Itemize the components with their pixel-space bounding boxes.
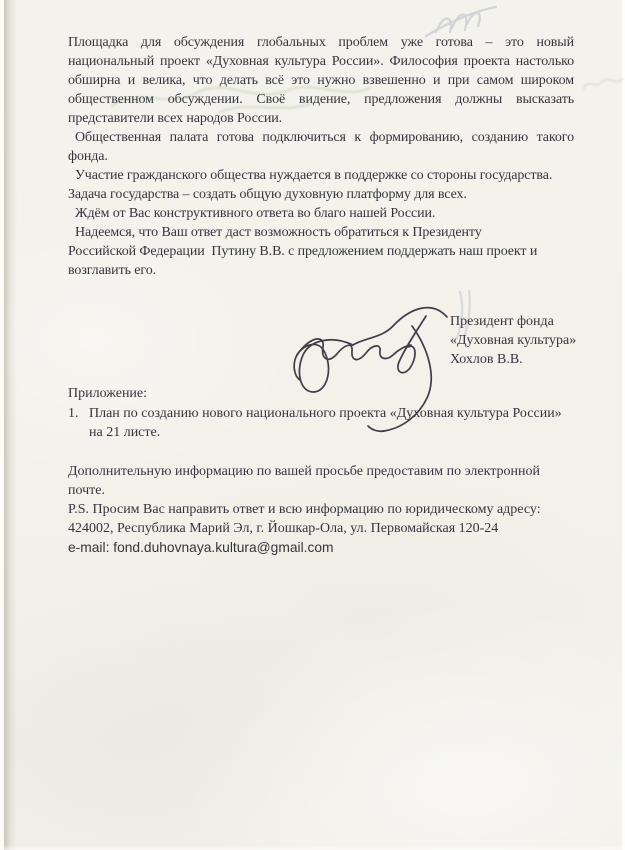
signer-fund-name: «Духовная культура»	[450, 331, 620, 350]
body-line: Российской Федерации Путину В.В. с предл…	[68, 242, 574, 261]
footer-line: Дополнительную информацию по вашей прось…	[68, 463, 588, 482]
body-line: обширна и велика, что делать всё это нуж…	[68, 71, 574, 90]
scan-bottom-edge	[0, 845, 625, 850]
body-line: представители всех народов России.	[68, 109, 574, 128]
body-line: Задача государства – создать общую духов…	[68, 185, 574, 204]
signature-block: Президент фонда «Духовная культура» Хохл…	[450, 312, 620, 370]
attachment-section: Приложение: 1. План по созданию нового н…	[68, 384, 588, 443]
body-line: Площадка для обсуждения глобальных пробл…	[68, 33, 574, 52]
page-left-fold-shadow	[4, 0, 17, 850]
attachment-item: 1. План по созданию нового национального…	[68, 404, 588, 424]
contact-block: Дополнительную информацию по вашей прось…	[68, 463, 588, 558]
body-line: общественном обсуждении. Своё видение, п…	[68, 90, 574, 109]
body-line: Ждём от Вас конструктивного ответа во бл…	[68, 204, 574, 223]
body-line: Надеемся, что Ваш ответ даст возможность…	[68, 223, 574, 242]
email-line: e-mail: fond.duhovnaya.kultura@gmail.com	[68, 539, 588, 558]
attachment-heading: Приложение:	[68, 384, 588, 404]
attachment-item-text: План по созданию нового национального пр…	[89, 404, 562, 424]
footer-line: P.S. Просим Вас направить ответ и всю ин…	[68, 501, 588, 520]
body-line: фонда.	[68, 147, 574, 166]
signer-role-line: Президент фонда	[450, 312, 620, 331]
body-line: возглавить его.	[68, 261, 574, 280]
body-line: национальный проект «Духовная культура Р…	[68, 52, 574, 71]
letter-body: Площадка для обсуждения глобальных пробл…	[68, 33, 574, 280]
footer-line: 424002, Республика Марий Эл, г. Йошкар-О…	[68, 520, 588, 539]
footer-line: почте.	[68, 482, 588, 501]
attachment-item-continuation: на 21 листе.	[68, 423, 588, 443]
bleed-through-mark-right-edge	[580, 70, 625, 96]
scanned-letter-page: Площадка для обсуждения глобальных пробл…	[0, 0, 625, 850]
attachment-item-number: 1.	[68, 404, 89, 424]
body-line: Общественная палата готова подключиться …	[68, 128, 574, 147]
signer-name: Хохлов В.В.	[450, 350, 620, 369]
body-line: Участие гражданского общества нуждается …	[68, 166, 574, 185]
